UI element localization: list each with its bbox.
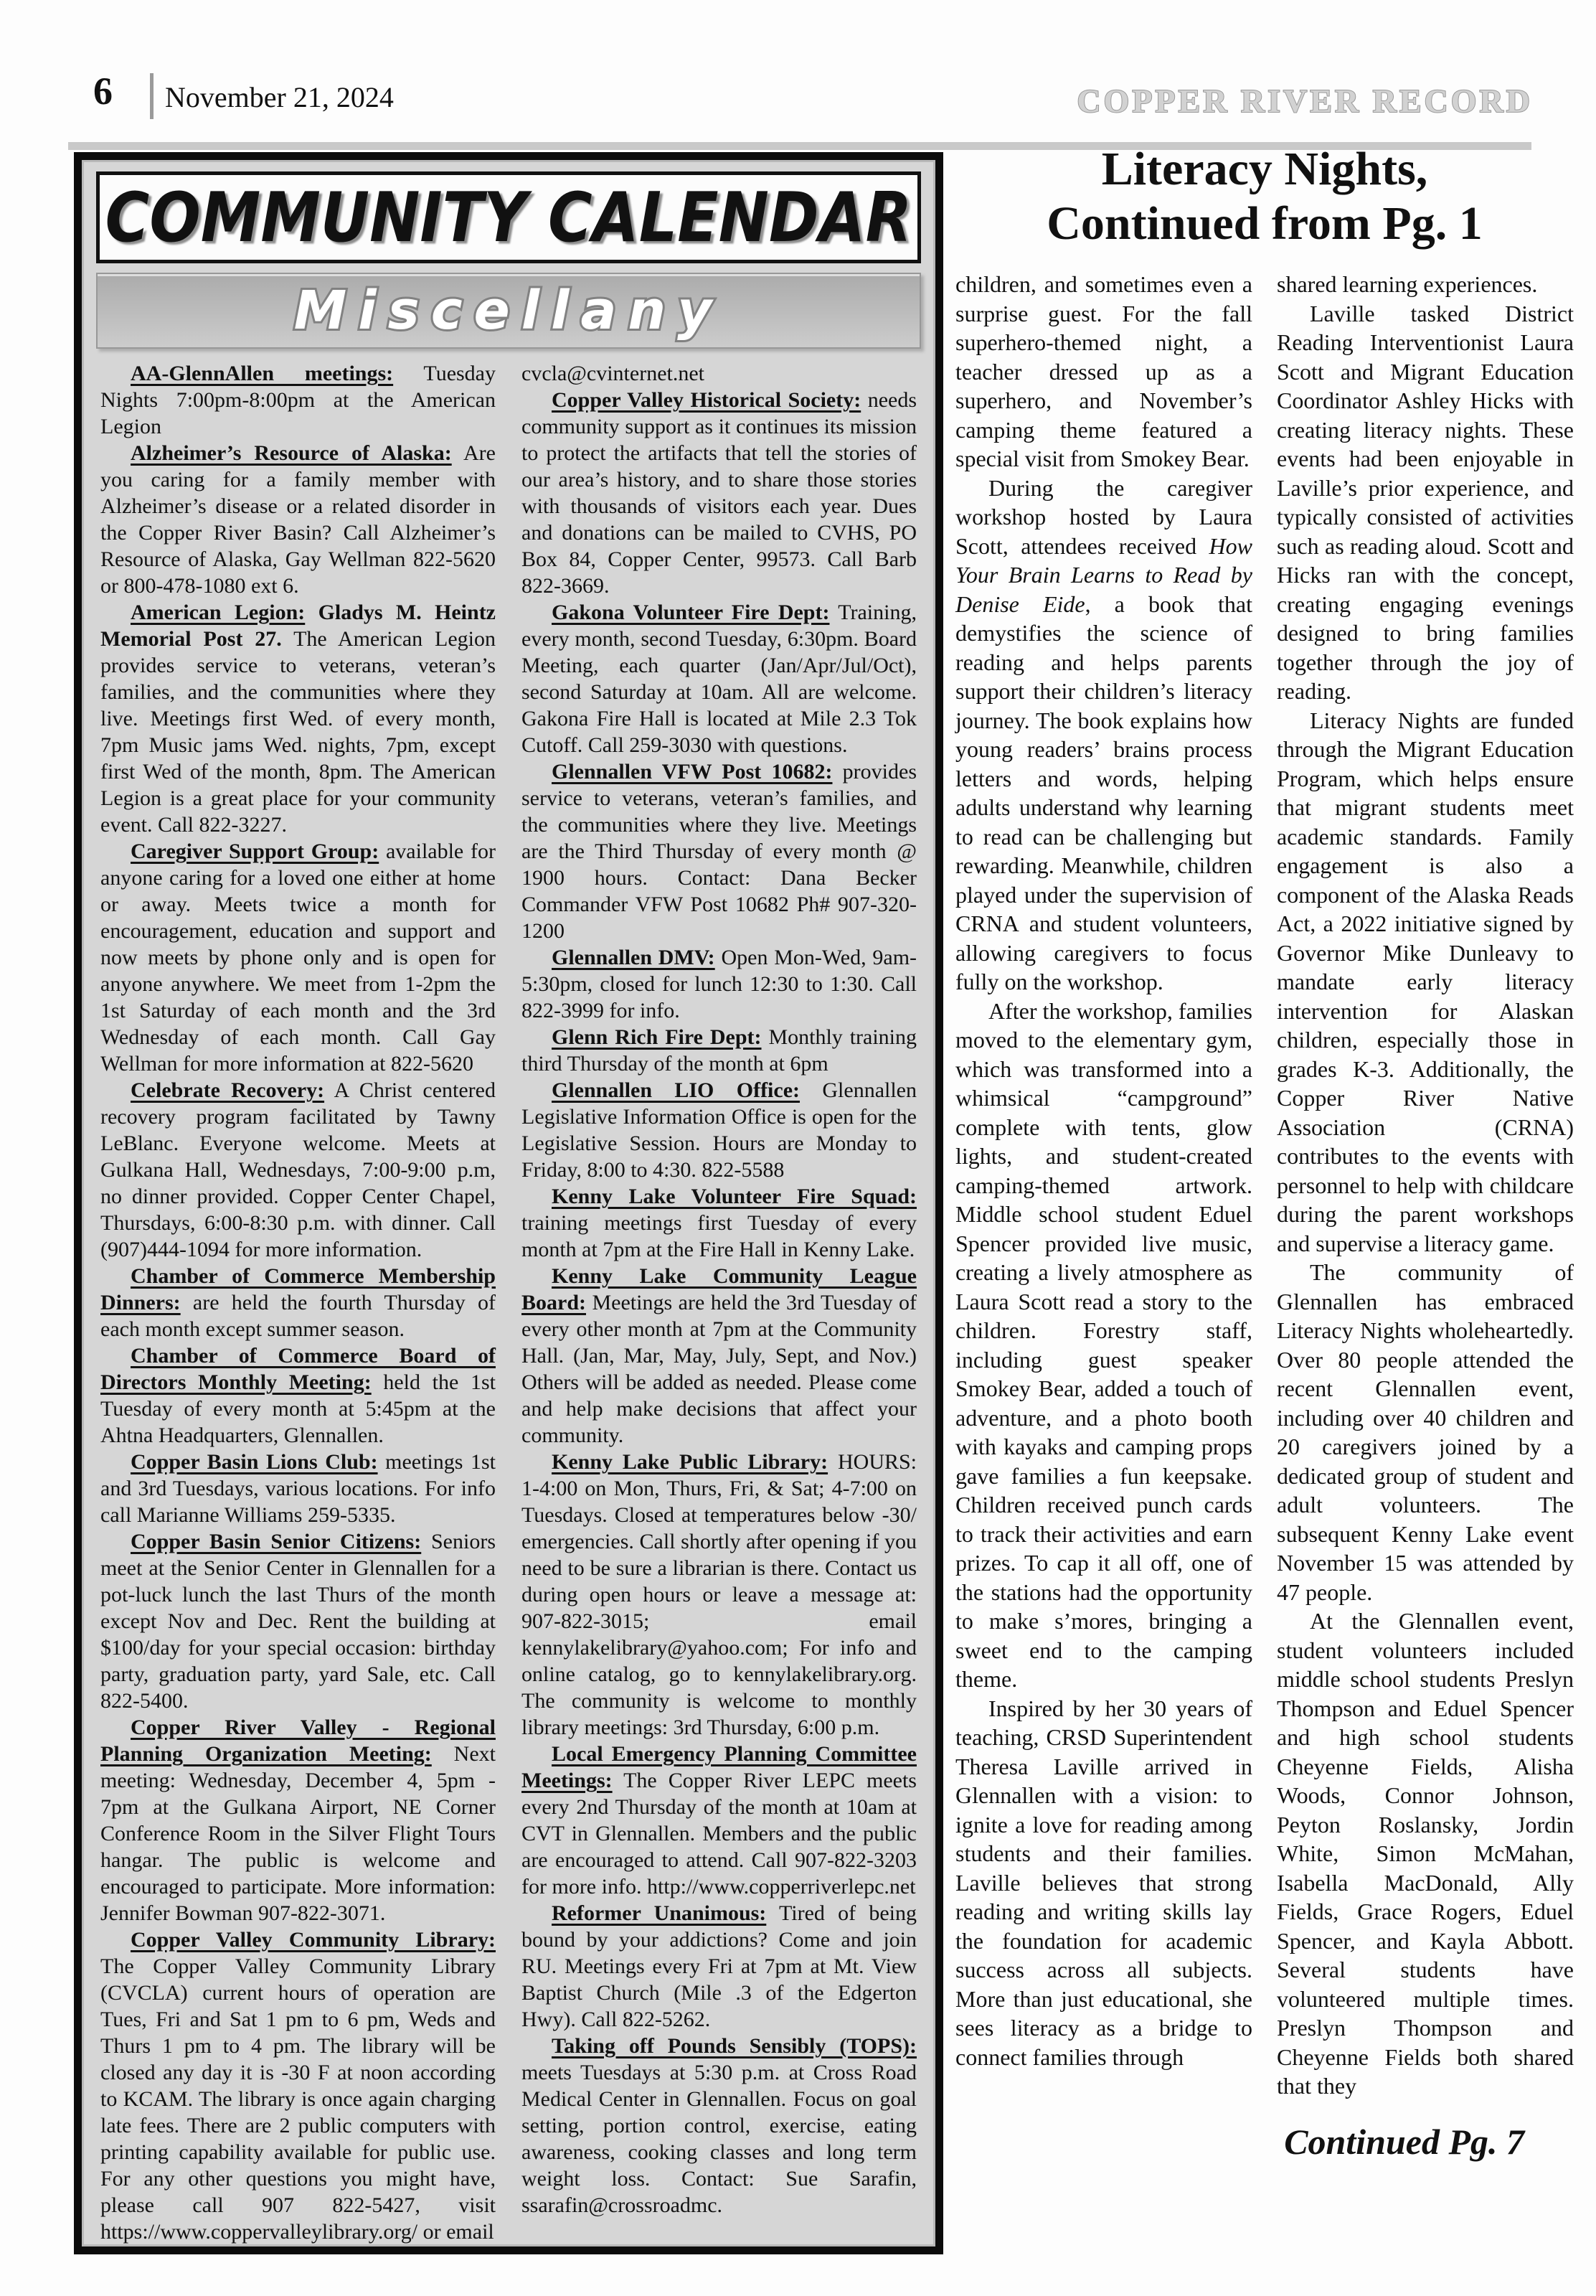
- calendar-entry: Kenny Lake Public Library: HOURS: 1-4:00…: [521, 1449, 917, 1741]
- entry-body: The Copper Valley Community Library (CVC…: [100, 1954, 496, 2244]
- entry-body: The American Legion provides service to …: [100, 627, 496, 837]
- article-paragraph: children, and sometimes even a surprise …: [955, 270, 1252, 474]
- header-divider: [150, 73, 154, 119]
- calendar-entry: Copper Valley Community Library: The Cop…: [100, 1926, 496, 2245]
- entry-heading: Celebrate Recovery:: [131, 1078, 324, 1102]
- calendar-column-right: cvcla@cvinternet.net Copper Valley Histo…: [521, 360, 917, 2245]
- literacy-nights-article: Literacy Nights, Continued from Pg. 1 ch…: [955, 142, 1574, 2101]
- calendar-title-box: COMMUNITY CALENDAR: [96, 171, 921, 263]
- entry-body: training meetings first Tuesday of every…: [521, 1211, 917, 1261]
- headline-line1: Literacy Nights,: [955, 142, 1574, 197]
- entry-heading: Kenny Lake Volunteer Fire Squad:: [552, 1185, 917, 1208]
- calendar-entry: Caregiver Support Group: available for a…: [100, 838, 496, 1077]
- community-calendar-box: COMMUNITY CALENDAR Miscellany AA-GlennAl…: [74, 152, 943, 2254]
- calendar-columns: AA-GlennAllen meetings: Tuesday Nights 7…: [100, 360, 917, 2245]
- article-column-right: shared learning experiences. Laville tas…: [1277, 270, 1574, 2101]
- entry-heading: Alzheimer’s Resource of Alaska:: [131, 441, 452, 465]
- entry-body: available for anyone caring for a loved …: [100, 839, 496, 1076]
- entry-heading: Taking off Pounds Sensibly (TOPS):: [552, 2034, 917, 2058]
- newspaper-masthead: COPPER RIVER RECORD: [1077, 82, 1533, 120]
- entry-heading: Reformer Unanimous:: [552, 1901, 766, 1925]
- entry-heading: AA-GlennAllen meetings:: [131, 362, 393, 385]
- entry-heading: Copper River Valley - Regional Planning …: [100, 1716, 496, 1766]
- calendar-entry: Copper Valley Historical Society: needs …: [521, 387, 917, 599]
- entry-heading: Glennallen DMV:: [552, 946, 715, 969]
- article-column-left: children, and sometimes even a surprise …: [955, 270, 1252, 2101]
- calendar-entry: Local Emergency Planning Committee Meeti…: [521, 1741, 917, 1900]
- calendar-entry: Kenny Lake Volunteer Fire Squad: trainin…: [521, 1183, 917, 1263]
- entry-heading: Caregiver Support Group:: [131, 839, 379, 863]
- entry-heading: Copper Valley Historical Society:: [552, 388, 861, 412]
- article-paragraph: After the workshop, families moved to th…: [955, 997, 1252, 1694]
- paragraph-text: , a book that demystifies the science of…: [955, 591, 1252, 995]
- article-columns: children, and sometimes even a surprise …: [955, 270, 1574, 2101]
- article-headline: Literacy Nights, Continued from Pg. 1: [955, 142, 1574, 251]
- calendar-entry: Copper River Valley - Regional Planning …: [100, 1714, 496, 1926]
- calendar-entry: Kenny Lake Community League Board: Meeti…: [521, 1263, 917, 1449]
- calendar-entry: Glennallen VFW Post 10682: provides serv…: [521, 758, 917, 944]
- calendar-entry: Celebrate Recovery: A Christ centered re…: [100, 1077, 496, 1263]
- entry-body: HOURS: 1-4:00 on Mon, Thurs, Fri, & Sat;…: [521, 1450, 917, 1739]
- entry-body: Next meeting: Wednesday, December 4, 5pm…: [100, 1742, 496, 1925]
- calendar-entry-continuation: cvcla@cvinternet.net: [521, 360, 917, 387]
- calendar-entry: Reformer Unanimous: Tired of being bound…: [521, 1900, 917, 2033]
- article-paragraph: Laville tasked District Reading Interven…: [1277, 299, 1574, 706]
- calendar-entry: Chamber of Commerce Board of Directors M…: [100, 1342, 496, 1449]
- entry-heading: Glenn Rich Fire Dept:: [552, 1025, 762, 1049]
- paragraph-text: During the caregiver workshop hosted by …: [955, 475, 1252, 559]
- entry-body: provides service to veterans, veteran’s …: [521, 760, 917, 943]
- calendar-entry: Alzheimer’s Resource of Alaska: Are you …: [100, 440, 496, 599]
- calendar-section-label: Miscellany: [294, 280, 724, 342]
- calendar-entry: AA-GlennAllen meetings: Tuesday Nights 7…: [100, 360, 496, 440]
- calendar-entry: Copper Basin Senior Citizens: Seniors me…: [100, 1528, 496, 1714]
- calendar-entry: Gakona Volunteer Fire Dept: Training, ev…: [521, 599, 917, 758]
- entry-heading: Copper Basin Lions Club:: [131, 1450, 378, 1474]
- entry-heading: Glennallen LIO Office:: [552, 1078, 800, 1102]
- calendar-entry: Taking off Pounds Sensibly (TOPS): meets…: [521, 2033, 917, 2219]
- calendar-section-banner: Miscellany: [96, 273, 921, 349]
- calendar-column-left: AA-GlennAllen meetings: Tuesday Nights 7…: [100, 360, 496, 2245]
- entry-heading: Copper Valley Community Library:: [131, 1928, 496, 1952]
- article-paragraph: At the Glennallen event, student volunte…: [1277, 1606, 1574, 2101]
- page-number: 6: [93, 69, 113, 113]
- calendar-entry: Glennallen DMV: Open Mon-Wed, 9am-5:30pm…: [521, 944, 917, 1024]
- entry-heading: Kenny Lake Public Library:: [552, 1450, 828, 1474]
- calendar-entry: Glenn Rich Fire Dept: Monthly training t…: [521, 1024, 917, 1077]
- entry-body: needs community support as it continues …: [521, 388, 917, 598]
- continued-note: Continued Pg. 7: [1284, 2121, 1524, 2163]
- newspaper-page: 6 November 21, 2024 COPPER RIVER RECORD …: [0, 0, 1596, 2296]
- entry-heading: Gakona Volunteer Fire Dept:: [552, 601, 829, 624]
- calendar-entry: Glennallen LIO Office: Glennallen Legisl…: [521, 1077, 917, 1183]
- entry-heading: Glennallen VFW Post 10682:: [552, 760, 832, 784]
- article-paragraph: Literacy Nights are funded through the M…: [1277, 706, 1574, 1258]
- entry-heading: Copper Basin Senior Citizens:: [131, 1530, 421, 1553]
- entry-body: Seniors meet at the Senior Center in Gle…: [100, 1530, 496, 1713]
- entry-body: meets Tuesdays at 5:30 p.m. at Cross Roa…: [521, 2061, 917, 2217]
- entry-heading: American Legion:: [131, 601, 305, 624]
- calendar-entry: Chamber of Commerce Membership Dinners: …: [100, 1263, 496, 1342]
- calendar-entry: Copper Basin Lions Club: meetings 1st an…: [100, 1449, 496, 1528]
- issue-date: November 21, 2024: [165, 80, 394, 114]
- entry-body: A Christ centered recovery program facil…: [100, 1078, 496, 1261]
- article-paragraph: shared learning experiences.: [1277, 270, 1574, 299]
- headline-line2: Continued from Pg. 1: [955, 197, 1574, 251]
- calendar-entry: American Legion: Gladys M. Heintz Memori…: [100, 599, 496, 838]
- article-paragraph: Inspired by her 30 years of teaching, CR…: [955, 1694, 1252, 2072]
- calendar-title: COMMUNITY CALENDAR: [105, 177, 912, 258]
- article-paragraph: During the caregiver workshop hosted by …: [955, 474, 1252, 997]
- article-paragraph: The community of Glennallen has embraced…: [1277, 1258, 1574, 1606]
